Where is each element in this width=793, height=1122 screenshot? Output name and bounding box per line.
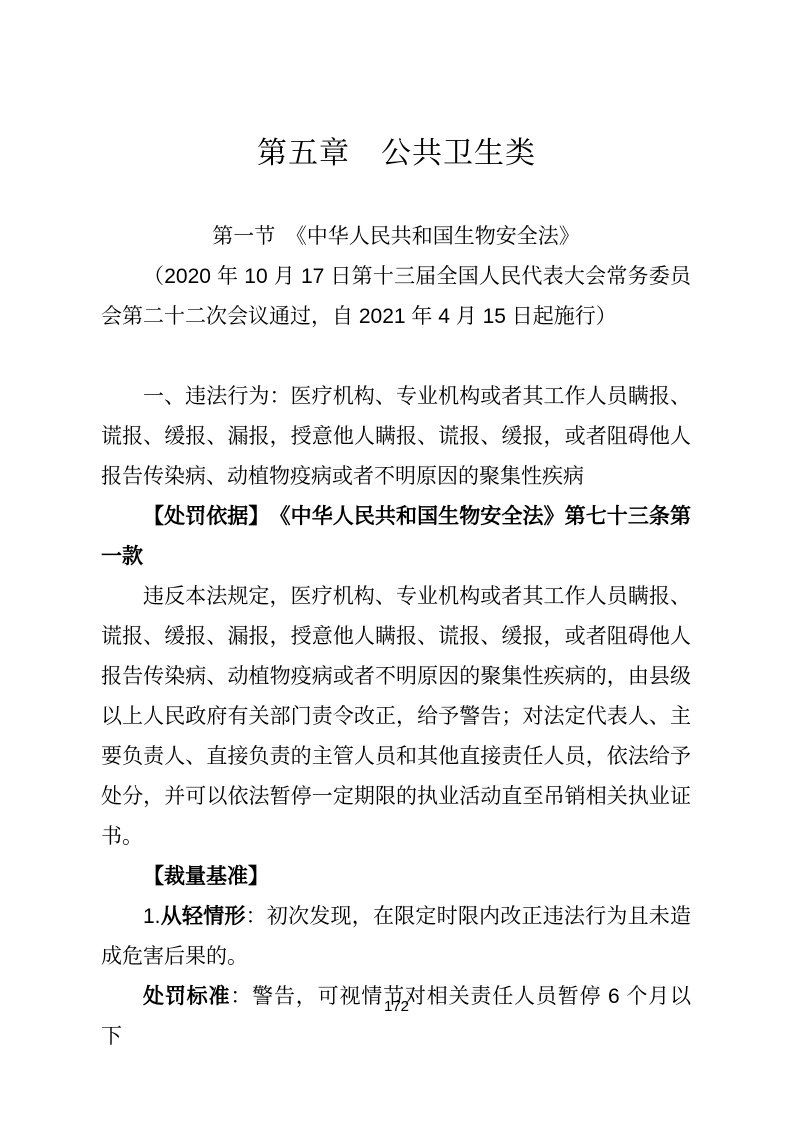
mitigation-item: 1.从轻情形：初次发现，在限定时限内改正违法行为且未造成危害后果的。 xyxy=(101,897,691,977)
enactment-note: （2020 年 10 月 17 日第十三届全国人民代表大会常务委员会第二十二次会… xyxy=(101,257,691,337)
blank-line xyxy=(101,337,691,377)
law-text: 违反本法规定，医疗机构、专业机构或者其工作人员瞒报、谎报、缓报、漏报，授意他人瞒… xyxy=(101,577,691,857)
mitigation-number: 1. xyxy=(143,905,161,928)
document-page: 第五章 公共卫生类 第一节 《中华人民共和国生物安全法》 （2020 年 10 … xyxy=(0,0,793,1122)
mitigation-label: 从轻情形 xyxy=(161,905,246,928)
chapter-title: 第五章 公共卫生类 xyxy=(0,0,793,172)
discretion-header: 【裁量基准】 xyxy=(101,857,691,897)
page-number: 172 xyxy=(0,998,793,1016)
penalty-basis: 【处罚依据】 《中华人民共和国生物安全法》第七十三条第一款 xyxy=(101,497,691,577)
violation-item: 一、违法行为：医疗机构、专业机构或者其工作人员瞒报、谎报、缓报、漏报，授意他人瞒… xyxy=(101,377,691,497)
section-title: 第一节 《中华人民共和国生物安全法》 xyxy=(101,217,691,257)
penalty-standard-item: 处罚标准：警告，可视情节对相关责任人员暂停 6 个月以下 xyxy=(101,977,691,1057)
page-content: 第一节 《中华人民共和国生物安全法》 （2020 年 10 月 17 日第十三届… xyxy=(101,217,691,1057)
